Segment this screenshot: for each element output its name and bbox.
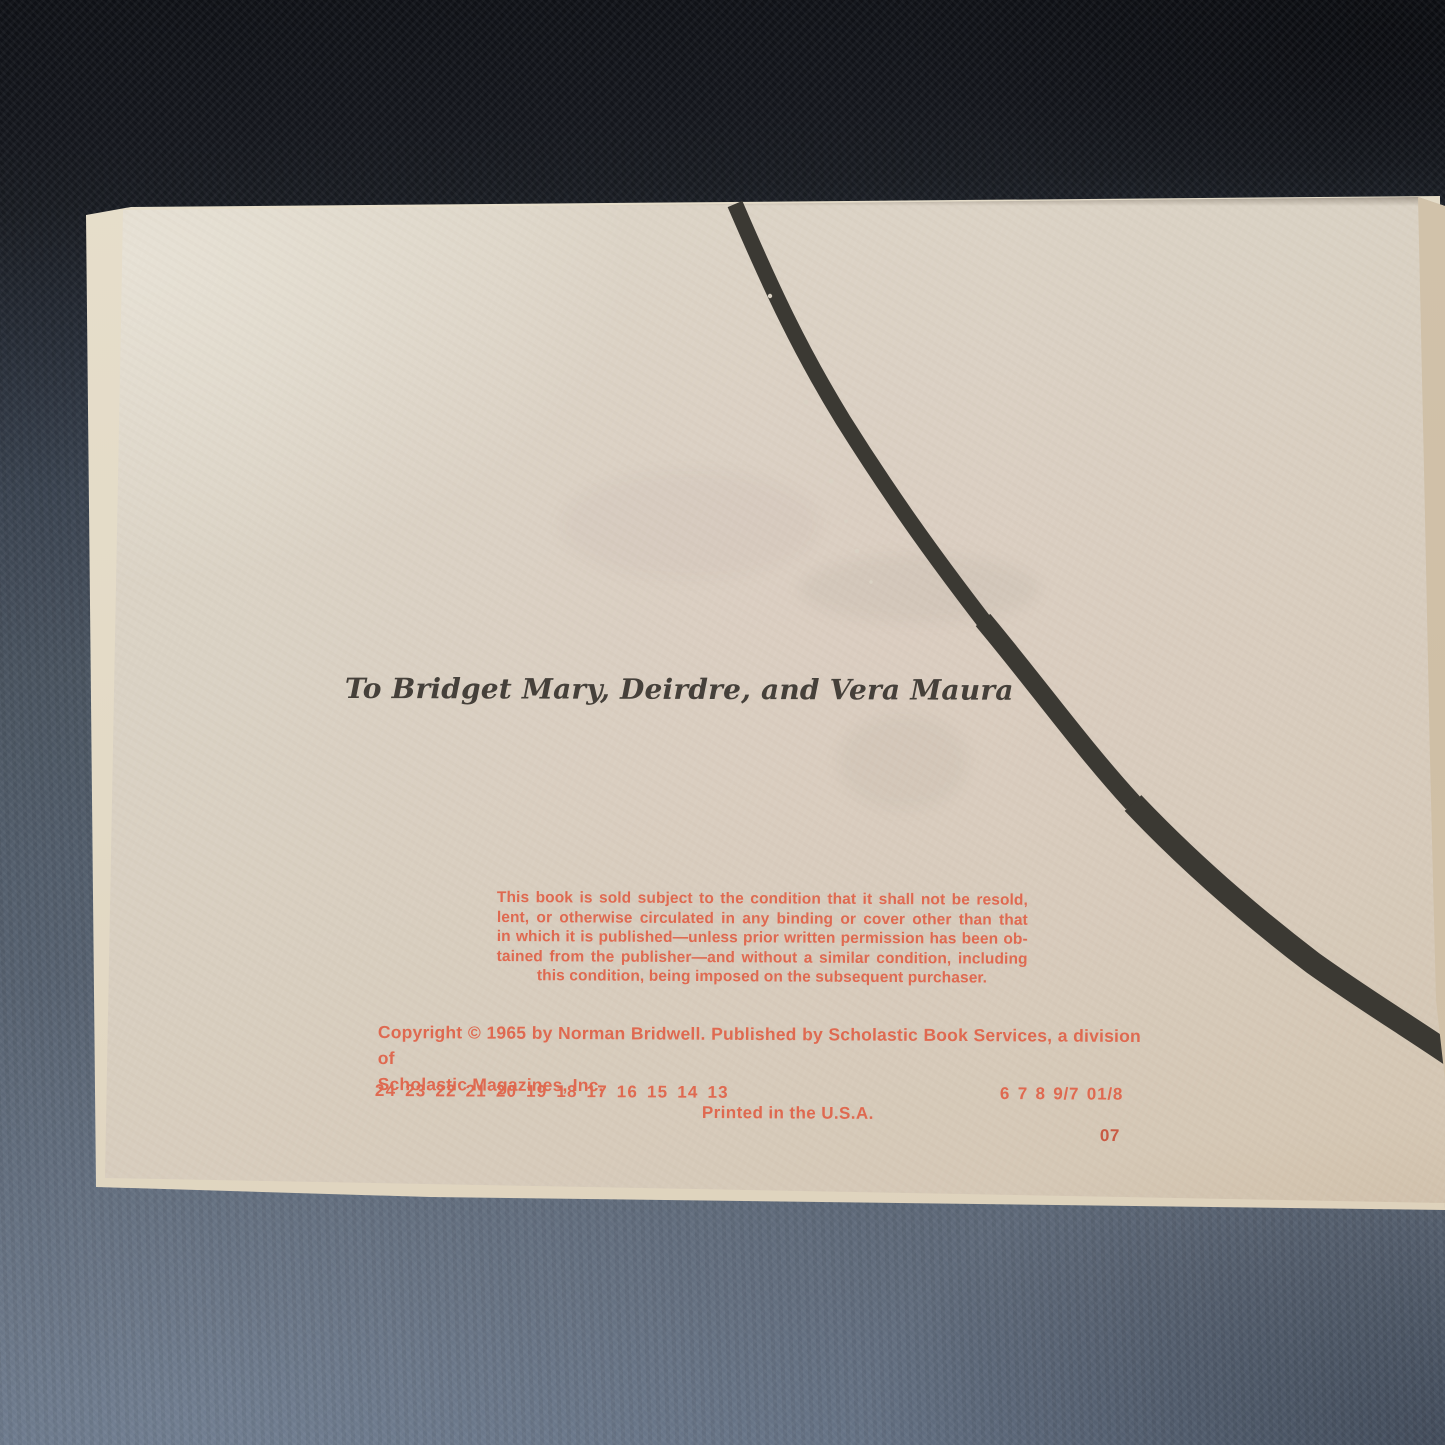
show-through-ghost: [838, 715, 968, 810]
print-run-numbers-left: 24 23 22 21 20 19 18 17 16 15 14 13: [375, 1081, 729, 1103]
print-run-numbers-right: 6 7 8 9/7 01/8: [1000, 1084, 1123, 1105]
batch-code: 07: [1100, 1126, 1120, 1146]
show-through-ghost: [560, 470, 820, 580]
legal-notice: This book is sold subject to the conditi…: [496, 888, 1028, 989]
legal-notice-line: This book is sold subject to the conditi…: [497, 888, 1028, 910]
dedication-text: To Bridget Mary, Deirdre, and Vera Maura: [345, 672, 815, 707]
legal-notice-line: in which it is published—unless prior wr…: [497, 927, 1028, 949]
photo-of-book-copyright-page: To Bridget Mary, Deirdre, and Vera Maura…: [0, 0, 1445, 1445]
printed-in-usa-text: Printed in the U.S.A.: [702, 1103, 874, 1124]
show-through-ghost: [800, 555, 1040, 623]
copyright-line: Copyright © 1965 by Norman Bridwell. Pub…: [378, 1019, 1141, 1075]
legal-notice-line: this condition, being imposed on the sub…: [496, 966, 1027, 988]
